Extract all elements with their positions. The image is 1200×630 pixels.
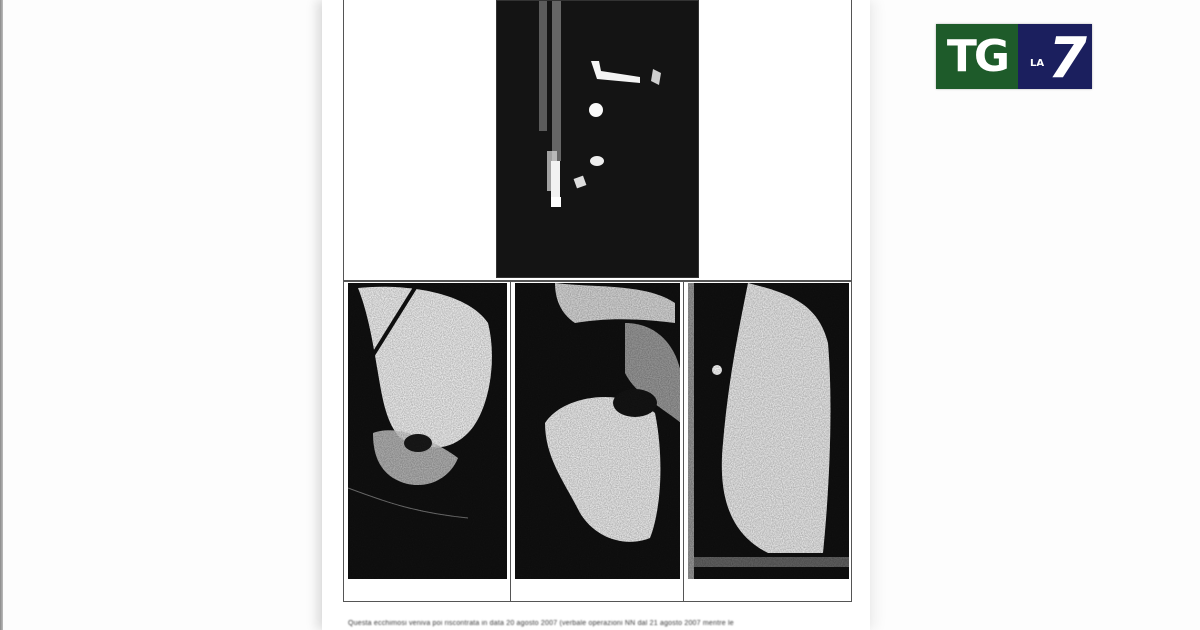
screen-left-edge (0, 0, 3, 630)
photo-door-lock (496, 0, 699, 278)
logo-seven-text: 7 (1048, 26, 1087, 91)
logo-la-text: LA (1030, 58, 1044, 69)
document-caption: Questa ecchimosi veniva poi riscontrata … (348, 620, 848, 627)
photo-cell-bruise-2 (512, 281, 684, 602)
logo-tg-text: TG (947, 31, 1007, 82)
photo-bruise-2 (515, 283, 680, 579)
tgla7-channel-logo: TG LA 7 (936, 24, 1092, 89)
photo-cell-bruise-3 (685, 281, 852, 602)
photo-cell-bruise-1 (345, 281, 511, 602)
photo-bruise-3-with-ruler (688, 283, 849, 579)
logo-la7-block: LA 7 (1018, 24, 1092, 89)
photo-bruise-1 (348, 283, 507, 579)
logo-tg-block: TG (936, 24, 1018, 89)
